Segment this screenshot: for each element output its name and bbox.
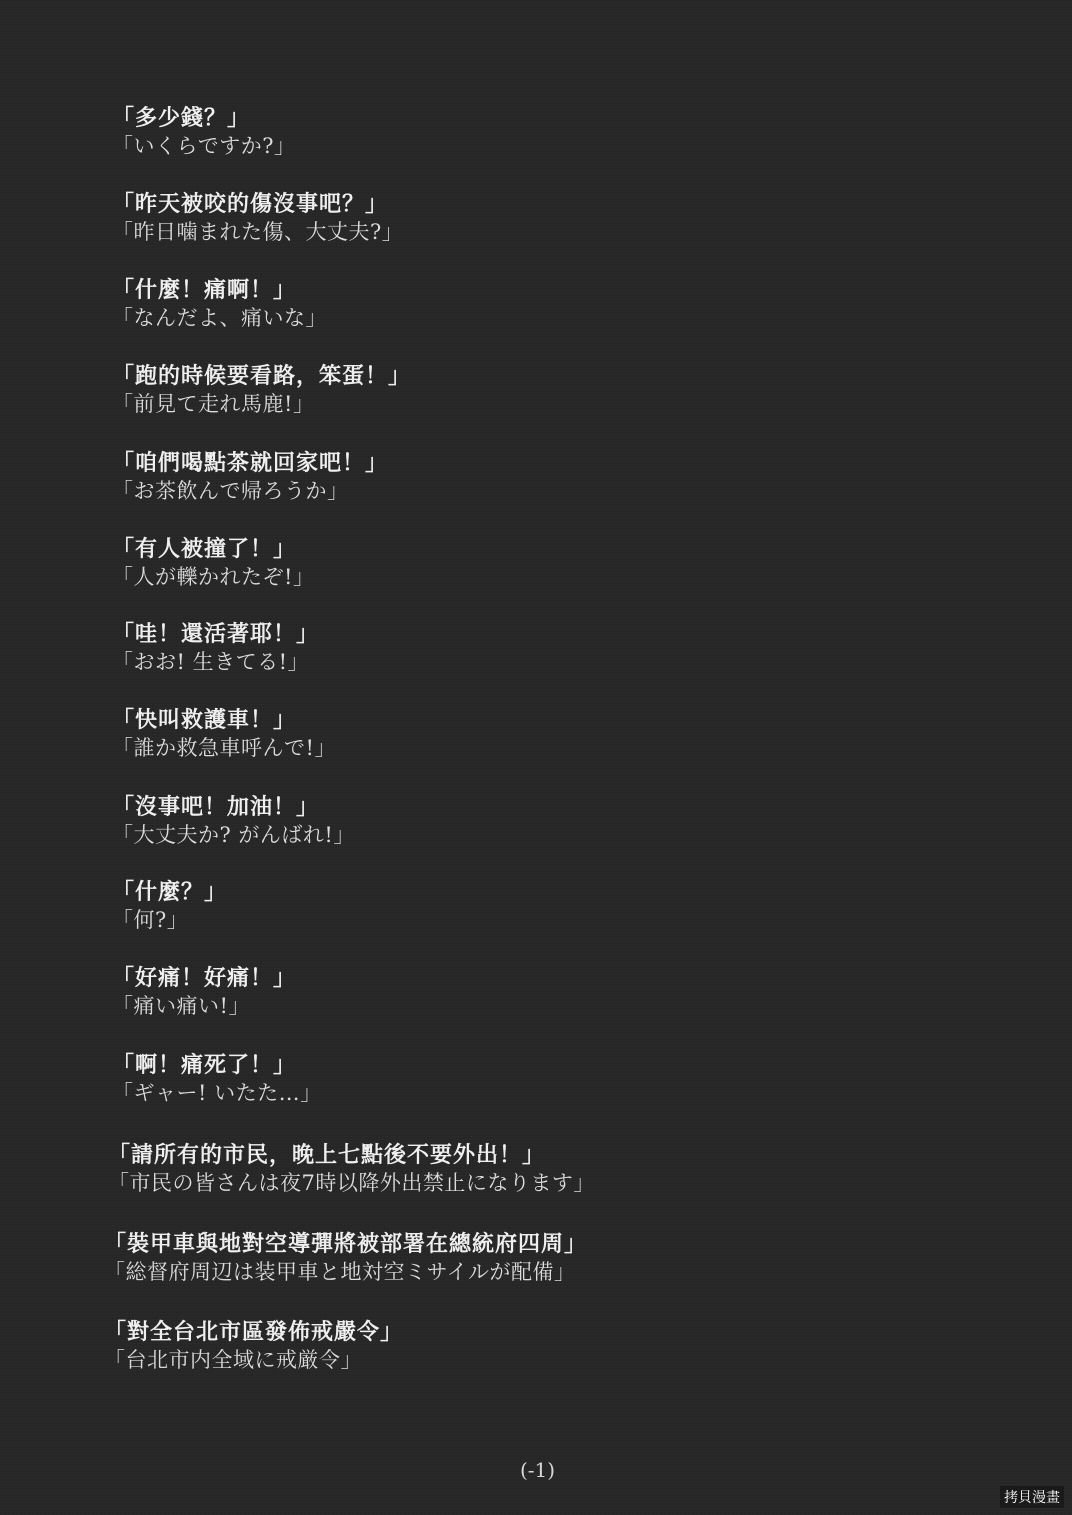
japanese-line: 「市民の皆さんは夜7時以降外出禁止になります」	[108, 1169, 595, 1197]
dialogue-pair: 「哇！還活著耶！」 「おお! 生きてる!」	[112, 620, 319, 676]
chinese-line: 「快叫救護車！」	[112, 706, 336, 734]
japanese-line: 「お茶飲んで帰ろうか」	[112, 477, 388, 505]
dialogue-pair: 「對全台北市區發佈戒嚴令」 「台北市内全域に戒厳令」	[104, 1318, 403, 1374]
dialogue-pair: 「什麼！痛啊！」 「なんだよ、痛いな」	[112, 276, 327, 332]
dialogue-pair: 「多少錢？」 「いくらですか?」	[112, 104, 296, 160]
document-page: 「多少錢？」 「いくらですか?」 「昨天被咬的傷沒事吧？」 「昨日噛まれた傷、大…	[0, 0, 1072, 1515]
dialogue-pair: 「好痛！好痛！」 「痛い痛い!」	[112, 964, 296, 1020]
dialogue-pair: 「快叫救護車！」 「誰か救急車呼んで!」	[112, 706, 336, 762]
chinese-line: 「多少錢？」	[112, 104, 296, 132]
chinese-line: 「什麼！痛啊！」	[112, 276, 327, 304]
dialogue-pair: 「什麼？」 「何?」	[112, 878, 227, 934]
chinese-line: 「好痛！好痛！」	[112, 964, 296, 992]
japanese-line: 「誰か救急車呼んで!」	[112, 734, 336, 762]
dialogue-pair: 「昨天被咬的傷沒事吧？」 「昨日噛まれた傷、大丈夫?」	[112, 190, 403, 246]
japanese-line: 「おお! 生きてる!」	[112, 648, 319, 676]
page-number: (-1)	[520, 1458, 555, 1482]
japanese-line: 「前見て走れ馬鹿!」	[112, 390, 411, 418]
japanese-line: 「人が轢かれたぞ!」	[112, 563, 314, 591]
dialogue-pair: 「裝甲車與地對空導彈將被部署在總統府四周」 「総督府周辺は装甲車と地対空ミサイル…	[104, 1230, 587, 1286]
watermark-label: 拷貝漫畫	[1000, 1486, 1064, 1508]
japanese-line: 「台北市内全域に戒厳令」	[104, 1346, 403, 1374]
dialogue-pair: 「咱們喝點茶就回家吧！」 「お茶飲んで帰ろうか」	[112, 449, 388, 505]
chinese-line: 「什麼？」	[112, 878, 227, 906]
japanese-line: 「痛い痛い!」	[112, 992, 296, 1020]
chinese-line: 「跑的時候要看路，笨蛋！」	[112, 362, 411, 390]
dialogue-pair: 「請所有的市民，晚上七點後不要外出！」 「市民の皆さんは夜7時以降外出禁止になり…	[108, 1141, 595, 1197]
dialogue-pair: 「跑的時候要看路，笨蛋！」 「前見て走れ馬鹿!」	[112, 362, 411, 418]
chinese-line: 「沒事吧！加油！」	[112, 793, 355, 821]
dialogue-pair: 「沒事吧！加油！」 「大丈夫か? がんばれ!」	[112, 793, 355, 849]
japanese-line: 「ギャー! いたた…」	[112, 1079, 322, 1107]
chinese-line: 「啊！痛死了！」	[112, 1051, 322, 1079]
chinese-line: 「對全台北市區發佈戒嚴令」	[104, 1318, 403, 1346]
chinese-line: 「哇！還活著耶！」	[112, 620, 319, 648]
chinese-line: 「咱們喝點茶就回家吧！」	[112, 449, 388, 477]
dialogue-pair: 「有人被撞了！」 「人が轢かれたぞ!」	[112, 535, 314, 591]
japanese-line: 「総督府周辺は装甲車と地対空ミサイルが配備」	[104, 1258, 587, 1286]
chinese-line: 「請所有的市民，晚上七點後不要外出！」	[108, 1141, 595, 1169]
japanese-line: 「昨日噛まれた傷、大丈夫?」	[112, 218, 403, 246]
dialogue-pair: 「啊！痛死了！」 「ギャー! いたた…」	[112, 1051, 322, 1107]
japanese-line: 「いくらですか?」	[112, 132, 296, 160]
japanese-line: 「なんだよ、痛いな」	[112, 304, 327, 332]
chinese-line: 「裝甲車與地對空導彈將被部署在總統府四周」	[104, 1230, 587, 1258]
chinese-line: 「有人被撞了！」	[112, 535, 314, 563]
japanese-line: 「何?」	[112, 906, 227, 934]
japanese-line: 「大丈夫か? がんばれ!」	[112, 821, 355, 849]
chinese-line: 「昨天被咬的傷沒事吧？」	[112, 190, 403, 218]
